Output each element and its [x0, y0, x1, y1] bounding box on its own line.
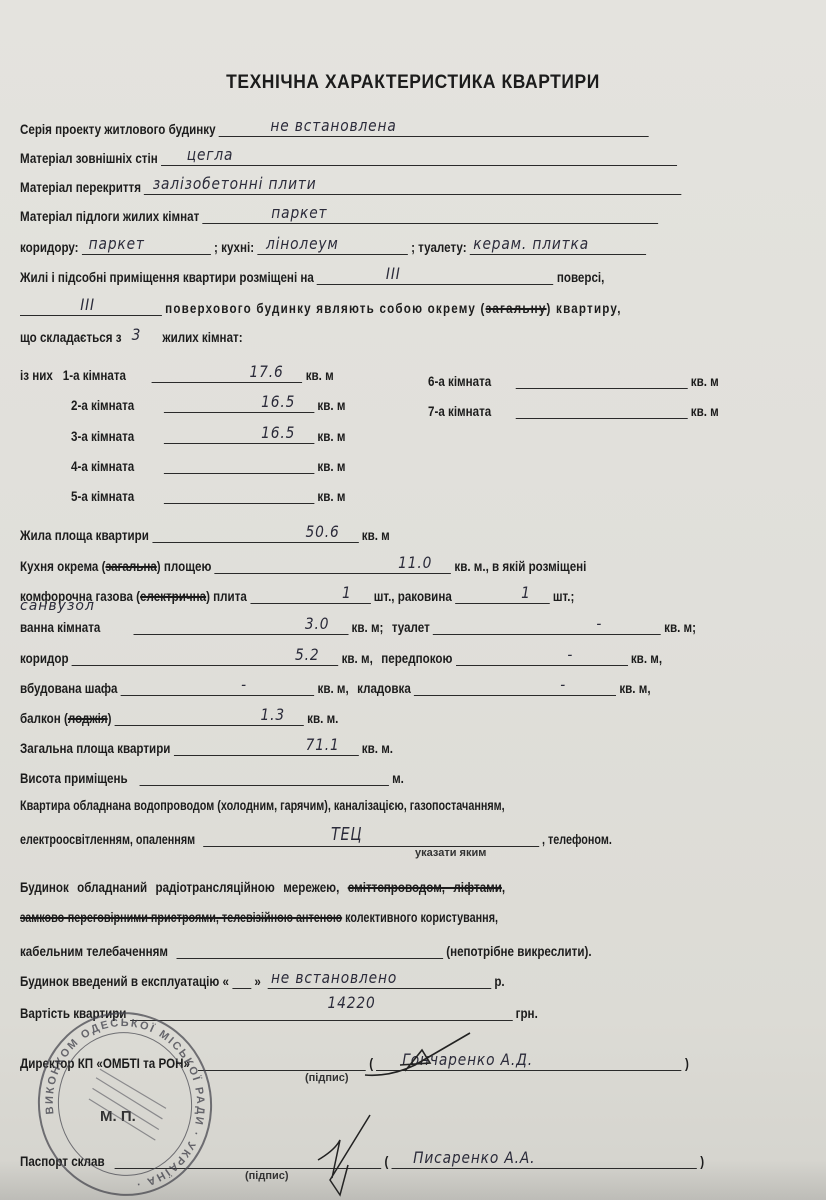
commissioned-suffix: р.	[494, 974, 504, 989]
commissioned-row: Будинок введений в експлуатацію « » не в…	[20, 970, 505, 992]
ceiling-label: Матеріал перекриття	[20, 180, 141, 195]
storeys-value: III	[80, 295, 95, 314]
stove-unit: шт., раковина	[374, 589, 452, 604]
room-1-value: 17.6	[249, 362, 283, 381]
height-row: Висота приміщень м.	[20, 767, 404, 789]
field-floor-rooms: Матеріал підлоги жилих кімнат паркет	[20, 205, 658, 227]
cable-tv-row: кабельним телебаченням (непотрібне викре…	[20, 940, 592, 962]
floor-number-input[interactable]: III	[317, 266, 554, 285]
ceiling-value: залізобетонні плити	[153, 174, 317, 193]
location-line-1: Жилі і підсобні приміщення квартири розм…	[20, 266, 604, 288]
room-row-6: 6-а кімната кв. м	[428, 370, 719, 392]
balcony-area-input[interactable]: 1.3	[115, 707, 304, 726]
floor-corridor-input[interactable]: паркет	[82, 236, 211, 255]
building-line1-text: Будинок обладнаний радіотрансляційною ме…	[20, 880, 339, 895]
rooms-count-suffix: жилих кімнат:	[162, 330, 242, 345]
kitchen-label-b: ) площею	[157, 559, 212, 574]
location-label: Жилі і підсобні приміщення квартири розм…	[20, 270, 314, 285]
building-line1-end: ,	[502, 880, 505, 895]
room-4-label: 4-а кімната	[71, 459, 160, 474]
field-series: Серія проекту житлового будинку не встан…	[20, 118, 649, 140]
utilities-line-1: Квартира обладнана водопроводом (холодни…	[20, 798, 505, 820]
document-title: ТЕХНІЧНА ХАРАКТЕРИСТИКА КВАРТИРИ	[33, 72, 793, 94]
utilities-line-2: електроосвітленням, опаленням ТЕЦ , теле…	[20, 828, 612, 850]
room-5-label: 5-а кімната	[71, 489, 160, 504]
living-area-label: Жила площа квартири	[20, 528, 149, 543]
heating-value: ТЕЦ	[331, 824, 362, 845]
cable-tv-input[interactable]	[176, 940, 443, 959]
wardrobe-area-input[interactable]: -	[121, 677, 315, 696]
floor-toilet-value: керам. плитка	[473, 234, 589, 253]
balcony-strike: лоджія	[68, 711, 108, 726]
stove-strike: електрична	[140, 589, 206, 604]
room-3-label: 3-а кімната	[71, 429, 160, 444]
room-row-1: із них 1-а кімната 17.6 кв. м	[20, 364, 334, 386]
floor-number-value: III	[386, 264, 401, 283]
total-area-unit: кв. м.	[362, 741, 393, 756]
location-line-3: що складається з 3 жилих кімнат:	[20, 327, 243, 349]
total-area-row: Загальна площа квартири 71.1 кв. м.	[20, 737, 393, 759]
balcony-row: балкон (лоджія) 1.3 кв. м.	[20, 707, 338, 729]
room-3-input[interactable]: 16.5	[164, 425, 315, 444]
cost-unit: грн.	[516, 1006, 538, 1021]
location-suffix: поверсі,	[557, 270, 605, 285]
walls-value: цегла	[187, 145, 234, 164]
toilet-unit: кв. м;	[664, 620, 696, 635]
director-signature-input[interactable]	[198, 1052, 366, 1071]
room-3-value: 16.5	[261, 423, 295, 442]
commissioned-label: Будинок введений в експлуатацію «	[20, 974, 229, 989]
field-ceiling: Матеріал перекриття залізобетонні плити	[20, 176, 682, 198]
room-7-unit: кв. м	[691, 404, 719, 419]
utilities-text: Квартира обладнана водопроводом (холодни…	[20, 798, 505, 813]
corridor-label: коридор	[20, 651, 69, 666]
room-7-input[interactable]	[516, 400, 688, 419]
heating-input[interactable]: ТЕЦ	[203, 828, 539, 847]
floor-rooms-value: паркет	[271, 203, 327, 222]
room-2-value: 16.5	[261, 392, 295, 411]
height-unit: м.	[392, 771, 404, 786]
corridor-unit: кв. м,	[342, 651, 373, 666]
room-5-input[interactable]	[164, 485, 315, 504]
floor-kitchen-label: ; кухні:	[214, 240, 254, 255]
commissioned-quote: »	[254, 974, 260, 989]
kitchen-area-input[interactable]: 11.0	[215, 555, 451, 574]
series-label: Серія проекту житлового будинку	[20, 122, 216, 137]
total-area-input[interactable]: 71.1	[174, 737, 359, 756]
room-row-3: 3-а кімната 16.5 кв. м	[71, 425, 345, 447]
bathroom-area-value: 3.0	[305, 614, 329, 633]
living-area-unit: кв. м	[362, 528, 390, 543]
director-signature-icon	[360, 1025, 490, 1085]
rooms-count-value: 3	[132, 325, 142, 344]
rooms-prefix: із них	[20, 368, 53, 383]
height-label: Висота приміщень	[20, 771, 128, 786]
toilet-label: туалет	[392, 620, 430, 635]
building-line2-text: колективного користування,	[345, 910, 498, 925]
corridor-area-input[interactable]: 5.2	[72, 647, 339, 666]
wardrobe-unit: кв. м,	[318, 681, 349, 696]
floor-kitchen-value: лінолеум	[266, 234, 339, 253]
building-line2-strike: замково-переговірними пристроями, телеві…	[20, 910, 342, 925]
room-2-unit: кв. м	[317, 398, 345, 413]
room-row-7: 7-а кімната кв. м	[428, 400, 719, 422]
cost-value: 14220	[327, 993, 375, 1012]
balcony-area-value: 1.3	[261, 705, 285, 724]
room-6-unit: кв. м	[691, 374, 719, 389]
living-area-row: Жила площа квартири 50.6 кв. м	[20, 524, 390, 546]
storage-unit: кв. м,	[619, 681, 650, 696]
room-6-label: 6-а кімната	[428, 374, 512, 389]
kitchen-row: Кухня окрема (загальна) площею 11.0 кв. …	[20, 555, 586, 577]
series-input[interactable]: не встановлена	[219, 118, 649, 137]
director-signature-hint: (підпис)	[305, 1072, 349, 1084]
floor-toilet-label: ; туалету:	[411, 240, 467, 255]
corridor-area-value: 5.2	[295, 645, 319, 664]
kitchen-area-value: 11.0	[398, 553, 432, 572]
field-floor-other: коридору: паркет ; кухні: лінолеум ; туа…	[20, 236, 646, 258]
photo-shadow	[0, 1160, 826, 1200]
stove-label-b: ) плита	[206, 589, 247, 604]
storage-area-input[interactable]: -	[414, 677, 616, 696]
bathroom-unit: кв. м;	[352, 620, 384, 635]
room-row-4: 4-а кімната кв. м	[71, 455, 345, 477]
storage-label: кладовка	[357, 681, 411, 696]
location-line2-strike: загальну	[486, 301, 547, 316]
room-2-label: 2-а кімната	[71, 398, 160, 413]
series-value: не встановлена	[270, 116, 396, 135]
building-line1-strike: сміттєпроводом, ліфтами	[348, 880, 502, 895]
room-row-2: 2-а кімната 16.5 кв. м	[71, 394, 345, 416]
walls-input[interactable]: цегла	[161, 147, 677, 166]
floor-kitchen-input[interactable]: лінолеум	[257, 236, 408, 255]
rooms-count-label: що складається з	[20, 330, 121, 345]
commissioned-value: не встановлено	[271, 968, 397, 987]
toilet-area-input[interactable]: -	[433, 616, 661, 635]
room-4-unit: кв. м	[317, 459, 345, 474]
storeys-input[interactable]: III	[20, 297, 162, 316]
bathroom-label: ванна кімната	[20, 620, 130, 635]
room-4-input[interactable]	[164, 455, 315, 474]
floor-toilet-input[interactable]: керам. плитка	[470, 236, 646, 255]
room-5-unit: кв. м	[317, 489, 345, 504]
height-input[interactable]	[139, 767, 388, 786]
floor-rooms-label: Матеріал підлоги жилих кімнат	[20, 209, 199, 224]
living-area-input[interactable]: 50.6	[152, 524, 358, 543]
floor-rooms-input[interactable]: паркет	[202, 205, 658, 224]
storage-area-value: -	[560, 675, 566, 694]
heating-hint: указати яким	[415, 847, 486, 859]
phone-label: , телефоном.	[542, 832, 612, 847]
balcony-label: балкон (	[20, 711, 68, 726]
sink-unit: шт.;	[553, 589, 574, 604]
floor-corridor-value: паркет	[89, 234, 145, 253]
wardrobe-label: вбудована шафа	[20, 681, 118, 696]
total-area-label: Загальна площа квартири	[20, 741, 170, 756]
sink-count-input[interactable]: 1	[455, 585, 550, 604]
bathroom-row: ванна кімната 3.0 кв. м; туалет - кв. м;	[20, 616, 696, 638]
total-area-value: 71.1	[306, 735, 340, 754]
building-line-2: замково-переговірними пристроями, телеві…	[20, 910, 498, 932]
toilet-area-value: -	[596, 614, 602, 633]
room-row-5: 5-а кімната кв. м	[71, 485, 345, 507]
kitchen-label: Кухня окрема (	[20, 559, 105, 574]
document-page: ТЕХНІЧНА ХАРАКТЕРИСТИКА КВАРТИРИ Серія п…	[0, 0, 826, 1200]
balcony-unit: кв. м.	[307, 711, 338, 726]
bathroom-area-input[interactable]: 3.0	[133, 616, 348, 635]
wardrobe-area-value: -	[241, 675, 247, 694]
stove-count-input[interactable]: 1	[250, 585, 370, 604]
location-line2-label: поверхового будинку являють собою окрему…	[165, 301, 485, 316]
room-1-label: 1-а кімната	[63, 368, 149, 383]
building-line-1: Будинок обладнаний радіотрансляційною ме…	[20, 880, 505, 902]
kitchen-area-unit: кв. м., в якій розміщені	[454, 559, 586, 574]
rooms-count-input[interactable]: 3	[125, 327, 159, 345]
room-1-unit: кв. м	[306, 368, 334, 383]
room-6-input[interactable]	[516, 370, 688, 389]
ceiling-input[interactable]: залізобетонні плити	[144, 176, 682, 195]
heating-label: електроосвітленням, опаленням	[20, 832, 195, 847]
room-1-input[interactable]: 17.6	[152, 364, 303, 383]
field-walls: Матеріал зовнішніх стін цегла	[20, 147, 677, 169]
room-2-input[interactable]: 16.5	[164, 394, 315, 413]
walls-label: Матеріал зовнішніх стін	[20, 151, 158, 166]
room-7-label: 7-а кімната	[428, 404, 512, 419]
commissioned-year-input[interactable]: не встановлено	[268, 970, 492, 989]
wardrobe-row: вбудована шафа - кв. м, кладовка - кв. м…	[20, 677, 651, 699]
hall-area-value: -	[567, 645, 573, 664]
sink-count-value: 1	[521, 583, 531, 602]
commissioned-day-input[interactable]	[232, 970, 251, 989]
hall-label: передпокою	[381, 651, 452, 666]
location-line2-suffix: ) квартиру,	[547, 301, 622, 316]
corridor-row: коридор 5.2 кв. м, передпокою - кв. м,	[20, 647, 662, 669]
floor-corridor-label: коридору:	[20, 240, 79, 255]
hall-unit: кв. м,	[631, 651, 662, 666]
cable-tv-label: кабельним телебаченням	[20, 944, 168, 959]
kitchen-strike: загальна	[105, 559, 156, 574]
hall-area-input[interactable]: -	[456, 647, 628, 666]
room-3-unit: кв. м	[317, 429, 345, 444]
location-line-2: III поверхового будинку являють собою ок…	[20, 297, 622, 319]
cable-tv-suffix: (непотрібне викреслити).	[446, 944, 591, 959]
balcony-label-b: )	[108, 711, 112, 726]
living-area-value: 50.6	[306, 522, 340, 541]
stove-count-value: 1	[342, 583, 352, 602]
stove-row: комфорочна газова (електрична) плита 1 ш…	[20, 585, 574, 607]
